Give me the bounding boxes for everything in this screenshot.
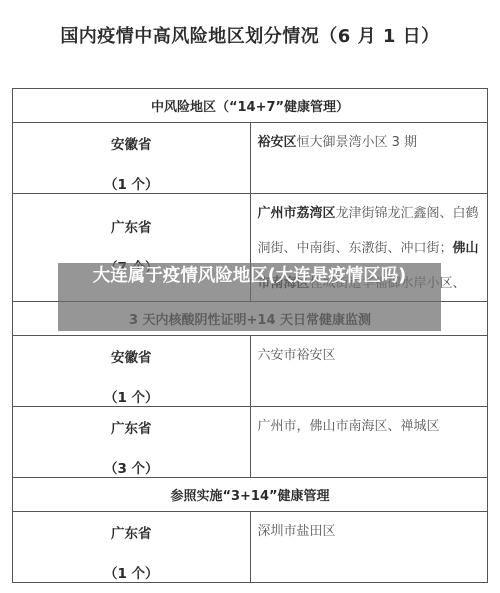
province-cell: 安徽省 （1 个） [13,123,251,194]
areas-cell: 广州市，佛山市南海区、禅城区 [250,407,488,478]
province-name: 广东省 [13,417,250,437]
table-row: 广东省 （3 个） 广州市，佛山市南海区、禅城区 [13,407,488,478]
section-header-medium-risk: 中风险地区（“14+7”健康管理） [13,89,488,123]
section-header-row: 中风险地区（“14+7”健康管理） [13,89,488,123]
province-count: （3 个） [13,457,250,477]
province-name: 广东省 [13,216,250,236]
table-row: 安徽省 （1 个） 裕安区恒大御景湾小区 3 期 [13,123,488,194]
table-row: 广东省 （1 个） 深圳市盐田区 [13,512,488,583]
overlay-banner-text: 大连属于疫情风险地区(大连是疫情区吗) [58,264,441,288]
area-district: 裕安区 [258,135,297,150]
section-header-3-14: 参照实施“3+14”健康管理 [13,478,488,512]
province-count: （1 个） [13,173,250,193]
province-name: 广东省 [13,522,250,542]
province-cell: 安徽省 （1 个） [13,336,251,407]
province-count: （1 个） [13,562,250,582]
table-row: 安徽省 （1 个） 六安市裕安区 [13,336,488,407]
page-title: 国内疫情中高风险地区划分情况（6 月 1 日） [0,22,500,48]
province-name: 安徽省 [13,133,250,153]
area-district: 广州市荔湾区 [258,206,336,221]
areas-cell: 深圳市盐田区 [250,512,488,583]
areas-cell: 裕安区恒大御景湾小区 3 期 [250,123,488,194]
areas-cell: 六安市裕安区 [250,336,488,407]
province-cell: 广东省 （1 个） [13,512,251,583]
risk-area-table: 中风险地区（“14+7”健康管理） 安徽省 （1 个） 裕安区恒大御景湾小区 3… [12,88,488,583]
area-detail: 恒大御景湾小区 3 期 [297,135,418,150]
province-count: （1 个） [13,386,250,406]
province-name: 安徽省 [13,346,250,366]
province-cell: 广东省 （3 个） [13,407,251,478]
section-header-row: 参照实施“3+14”健康管理 [13,478,488,512]
